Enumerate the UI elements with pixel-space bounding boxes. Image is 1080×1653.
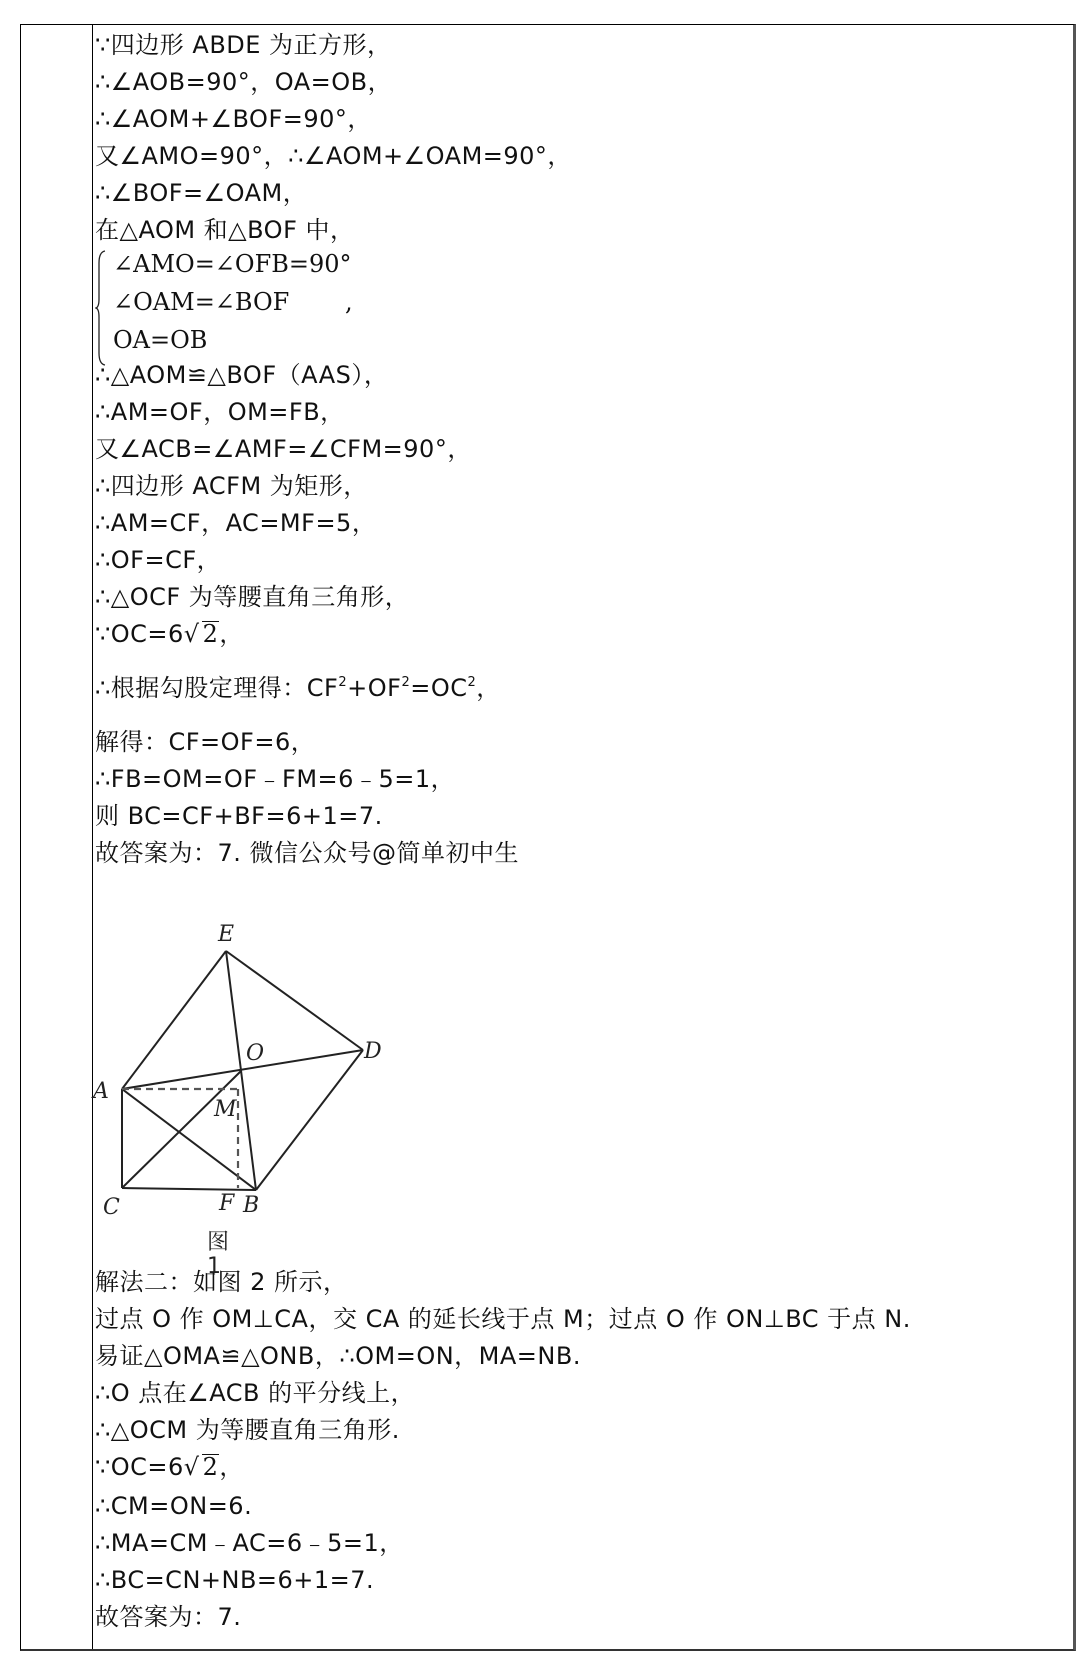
text-line: 解法二：如图 2 所示， bbox=[95, 1267, 348, 1297]
text-line: ∴△OCM 为等腰直角三角形. bbox=[95, 1415, 400, 1445]
label-C: C bbox=[103, 1197, 120, 1219]
label-B: B bbox=[243, 1195, 259, 1217]
oc-equation: ∵OC=6√2， bbox=[95, 1452, 244, 1482]
label-O: O bbox=[246, 1043, 264, 1065]
text-line: ∴CM=ON=6. bbox=[95, 1491, 252, 1521]
radicand: 2 bbox=[202, 1454, 220, 1479]
solution-table: ∵四边形 ABDE 为正方形， ∴∠AOB=90°，OA=OB， ∴∠AOM+∠… bbox=[20, 24, 1076, 1651]
text-line: 过点 O 作 OM⊥CA，交 CA 的延长线于点 M；过点 O 作 ON⊥BC … bbox=[95, 1304, 911, 1334]
oc-prefix: ∵OC=6 bbox=[95, 1453, 184, 1481]
radical-sign: √ bbox=[184, 1453, 200, 1481]
label-D: D bbox=[364, 1041, 382, 1063]
eq-part: ， bbox=[476, 674, 501, 702]
geometry-diagram bbox=[21, 25, 441, 1265]
text-line: ∴MA=CM﹣AC=6﹣5=1， bbox=[95, 1528, 404, 1558]
label-M: M bbox=[214, 1099, 237, 1121]
label-A: A bbox=[93, 1081, 109, 1103]
text-line: ∴O 点在∠ACB 的平分线上， bbox=[95, 1378, 415, 1408]
superscript: 2 bbox=[467, 675, 476, 690]
label-E: E bbox=[218, 924, 234, 946]
oc-suffix: ， bbox=[219, 1453, 244, 1481]
text-line: ∴BC=CN+NB=6+1=7. bbox=[95, 1565, 374, 1595]
label-F: F bbox=[219, 1193, 234, 1215]
text-line: 易证△OMA≌△ONB，∴OM=ON，MA=NB. bbox=[95, 1341, 581, 1371]
answer-line: 故答案为：7. bbox=[95, 1602, 241, 1632]
